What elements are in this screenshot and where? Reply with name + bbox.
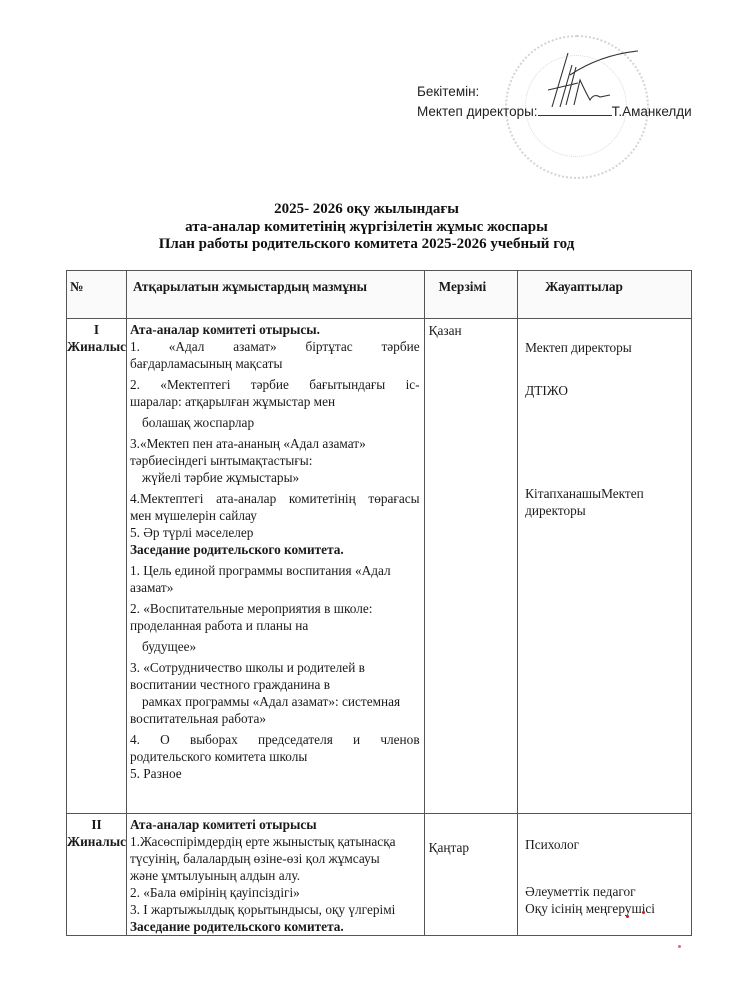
item-line: азамат» — [130, 579, 420, 596]
item-line: 1. Цель единой программы воспитания «Ада… — [130, 562, 420, 579]
item-line: мен мүшелерін сайлау — [130, 507, 420, 524]
item-line: родительского комитета школы — [130, 748, 420, 765]
heading-kz: Ата-аналар комитеті отырысы. — [130, 321, 420, 338]
content-cell: Ата-аналар комитеті отырысы. 1. «Адал аз… — [126, 319, 424, 814]
item-line: 5. Разное — [130, 765, 420, 782]
item-line: 3. «Сотрудничество школы и родителей в — [130, 659, 420, 676]
plan-table: № Атқарылатын жұмыстардың мазмұны Мерзім… — [66, 270, 692, 936]
title-line-1: 2025- 2026 оқу жылындағы — [0, 201, 733, 219]
responsible-person: КітапханашыМектеп директоры — [525, 485, 645, 519]
table-header-row: № Атқарылатын жұмыстардың мазмұны Мерзім… — [67, 271, 692, 319]
item-line: және ұмтылуының алдын алу. — [130, 867, 420, 884]
document-title: 2025- 2026 оқу жылындағы ата-аналар коми… — [0, 201, 733, 254]
meeting-number: II — [67, 816, 126, 833]
item-line: 4.Мектептегі ата-аналар комитетінің төра… — [130, 490, 420, 507]
item-line: 3.«Мектеп пен ата-ананың «Адал азамат» — [130, 435, 420, 452]
item-line: 3. І жартыжылдық қорытындысы, оқу үлгері… — [130, 901, 420, 918]
table-row: I Жиналыс Ата-аналар комитеті отырысы. 1… — [67, 319, 692, 814]
responsible-cell: Мектеп директоры ДТІЖО КітапханашыМектеп… — [518, 319, 692, 814]
date-cell: Қаңтар — [424, 814, 518, 936]
header-content: Атқарылатын жұмыстардың мазмұны — [126, 271, 424, 319]
ink-mark-icon — [626, 915, 629, 918]
responsible-cell: Психолог Әлеуметтік педагог Оқу ісінің м… — [518, 814, 692, 936]
approval-block: Бекітемін: Мектеп директоры:Т.Аманкелди — [417, 82, 692, 122]
item-line: 2. «Воспитательные мероприятия в школе: — [130, 600, 420, 617]
item-line: будущее» — [130, 638, 420, 655]
ink-mark-icon — [678, 945, 681, 948]
item-line: рамках программы «Адал азамат»: системна… — [130, 693, 420, 710]
heading-kz: Ата-аналар комитеті отырысы — [130, 816, 420, 833]
meeting-date: Қазан — [429, 322, 518, 339]
item-line: бағдарламасының мақсаты — [130, 355, 420, 372]
item-line: болашақ жоспарлар — [130, 414, 420, 431]
item-line: проделанная работа и планы на — [130, 617, 420, 634]
responsible-person: Оқу ісінің меңгерушісі — [525, 900, 691, 917]
header-date: Мерзімі — [424, 271, 518, 319]
responsible-person: Психолог — [525, 836, 691, 853]
title-line-2: ата-аналар комитетінің жүргізілетін жұмы… — [0, 219, 733, 237]
item-line: 2. «Бала өмірінің қауіпсіздігі» — [130, 884, 420, 901]
heading-ru: Заседание родительского комитета. — [130, 918, 420, 935]
item-line: 4. О выборах председателя и членов — [130, 731, 420, 748]
responsible-person: Мектеп директоры — [525, 339, 691, 356]
item-line: тәрбиесіндегі ынтымақтастығы: — [130, 452, 420, 469]
content-cell: Ата-аналар комитеті отырысы 1.Жасөспірім… — [126, 814, 424, 936]
header-responsible: Жауаптылар — [518, 271, 692, 319]
heading-ru: Заседание родительского комитета. — [130, 541, 420, 558]
item-line: 1. «Адал азамат» біртұтас тәрбие — [130, 338, 420, 355]
meeting-type: Жиналыс — [67, 833, 126, 850]
header-number: № — [67, 271, 127, 319]
item-line: 5. Әр түрлі мәселелер — [130, 524, 420, 541]
meeting-number-cell: II Жиналыс — [67, 814, 127, 936]
date-cell: Қазан — [424, 319, 518, 814]
meeting-number: I — [67, 321, 126, 338]
item-line: воспитательная работа» — [130, 710, 420, 727]
meeting-date: Қаңтар — [429, 839, 518, 856]
item-line: түсуінің, балалардың өзіне-өзі қол жұмса… — [130, 850, 420, 867]
item-line: воспитании честного гражданина в — [130, 676, 420, 693]
approval-name: Т.Аманкелди — [612, 104, 692, 119]
meeting-number-cell: I Жиналыс — [67, 319, 127, 814]
approval-signature-line: Мектеп директоры:Т.Аманкелди — [417, 102, 692, 122]
meeting-type: Жиналыс — [67, 338, 126, 355]
table-row: II Жиналыс Ата-аналар комитеті отырысы 1… — [67, 814, 692, 936]
approval-label: Бекітемін: — [417, 82, 692, 102]
item-line: жүйелі тәрбие жұмыстары» — [130, 469, 420, 486]
approval-position: Мектеп директоры: — [417, 104, 538, 119]
item-line: 2. «Мектептегі тәрбие бағытындағы іс- — [130, 376, 420, 393]
item-line: шаралар: атқарылған жұмыстар мен — [130, 393, 420, 410]
responsible-person: Әлеуметтік педагог — [525, 883, 691, 900]
signature-blank — [538, 102, 612, 116]
item-line: 1.Жасөспірімдердің ерте жыныстық қатынас… — [130, 833, 420, 850]
title-line-3: План работы родительского комитета 2025-… — [0, 236, 733, 254]
responsible-person: ДТІЖО — [525, 382, 691, 399]
